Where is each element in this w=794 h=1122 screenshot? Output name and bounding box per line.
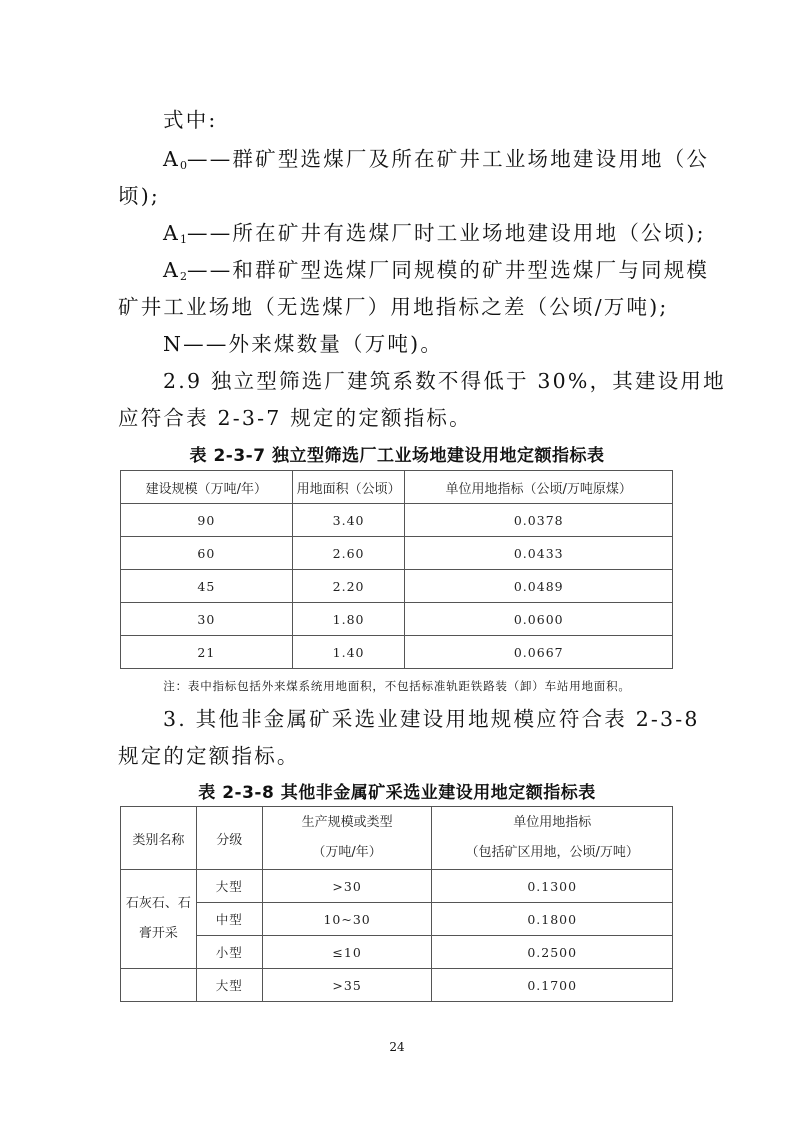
table2-header-category: 类别名称 <box>121 807 197 870</box>
table-row: 21 1.40 0.0667 <box>121 636 673 669</box>
table1-caption: 表 2-3-7 独立型筛选厂工业场地建设用地定额指标表 <box>0 444 794 468</box>
table1-header-row: 建设规模（万吨/年） 用地面积（公顷） 单位用地指标（公顷/万吨原煤） <box>121 471 673 504</box>
paragraph-n: N——外来煤数量（万吨)。 <box>163 330 443 358</box>
paragraph-3-line2: 规定的定额指标。 <box>118 742 300 770</box>
page-number: 24 <box>0 1040 794 1054</box>
table-row: 大型 >35 0.1700 <box>121 969 673 1002</box>
table1: 建设规模（万吨/年） 用地面积（公顷） 单位用地指标（公顷/万吨原煤） 90 3… <box>120 470 673 669</box>
paragraph-3-line1: 3. 其他非金属矿采选业建设用地规模应符合表 2-3-8 <box>163 705 700 733</box>
paragraph-a1: A1——所在矿井有选煤厂时工业场地建设用地（公顷); <box>163 219 706 254</box>
table2-header-index: 单位用地指标 （包括矿区用地，公顷/万吨） <box>432 807 673 870</box>
table-row: 90 3.40 0.0378 <box>121 504 673 537</box>
table1-note: 注：表中指标包括外来煤系统用地面积，不包括标准轨距铁路装（卸）车站用地面积。 <box>0 678 794 694</box>
paragraph-a2: A2——和群矿型选煤厂同规模的矿井型选煤厂与同规模 <box>163 256 709 291</box>
table-row: 30 1.80 0.0600 <box>121 603 673 636</box>
table2-category-empty <box>121 969 197 1002</box>
table2-header-row: 类别名称 分级 生产规模或类型 （万吨/年） 单位用地指标 （包括矿区用地，公顷… <box>121 807 673 870</box>
table-row: 中型 10~30 0.1800 <box>121 903 673 936</box>
table1-header-scale: 建设规模（万吨/年） <box>121 471 293 504</box>
paragraph-a2-cont: 矿井工业场地（无选煤厂）用地指标之差（公顷/万吨); <box>118 293 669 321</box>
table-row: 60 2.60 0.0433 <box>121 537 673 570</box>
table2: 类别名称 分级 生产规模或类型 （万吨/年） 单位用地指标 （包括矿区用地，公顷… <box>120 806 673 1002</box>
table2-header-grade: 分级 <box>196 807 262 870</box>
table-row: 45 2.20 0.0489 <box>121 570 673 603</box>
paragraph-2-9-line1: 2.9 独立型筛选厂建筑系数不得低于 30%，其建设用地 <box>163 367 726 395</box>
table-row: 石灰石、石 膏开采 大型 >30 0.1300 <box>121 870 673 903</box>
table2-caption: 表 2-3-8 其他非金属矿采选业建设用地定额指标表 <box>0 781 794 805</box>
paragraph-a0: A0——群矿型选煤厂及所在矿井工业场地建设用地（公 <box>163 145 709 180</box>
table1-header-index: 单位用地指标（公顷/万吨原煤） <box>405 471 673 504</box>
table2-header-scale: 生产规模或类型 （万吨/年） <box>262 807 432 870</box>
table-row: 小型 ≤10 0.2500 <box>121 936 673 969</box>
paragraph-2-9-line2: 应符合表 2-3-7 规定的定额指标。 <box>118 404 472 432</box>
table1-header-area: 用地面积（公顷） <box>292 471 405 504</box>
paragraph-intro: 式中: <box>163 106 218 134</box>
paragraph-a0-cont: 顷); <box>118 182 160 210</box>
table2-category-limestone: 石灰石、石 膏开采 <box>121 870 197 969</box>
